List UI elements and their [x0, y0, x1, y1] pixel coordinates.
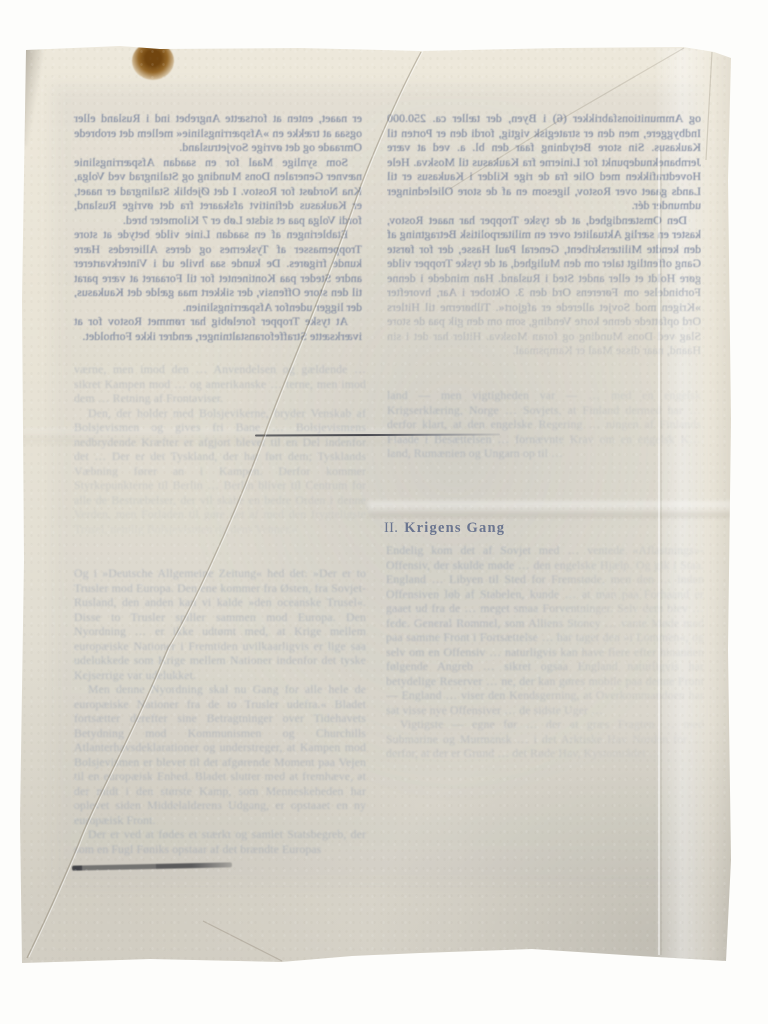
right-column-faint-text-upper: land — men vigtigheden var — … med en en… — [387, 388, 701, 461]
paragraph: Etableringen af en saadan Linie vilde be… — [74, 227, 362, 314]
paragraph: Endelig kom det af Sovjet med … ventede … — [386, 543, 704, 717]
top-left-corner-fold — [18, 46, 44, 146]
bottom-crease — [203, 921, 282, 961]
section-number: II. — [384, 520, 398, 536]
right-column-faint-text-lower: Endelig kom det af Sovjet med … ventede … — [386, 543, 704, 761]
right-column-mirrored-text: og Ammunitionsfabrikker (6) i Byen, der … — [387, 111, 701, 358]
horizontal-fold-crease-right — [368, 501, 732, 517]
paragraph: værne, men imod den … Anvendelsen og gæl… — [74, 362, 366, 406]
paragraph: Den, der holder med Bolsjevikerne, bryde… — [74, 406, 366, 537]
right-column-faint-text-lower-wrapper: Endelig kom det af Sovjet med … ventede … — [386, 543, 704, 883]
paper-sheet: er naaet, enten at fortsætte Angrebet in… — [0, 0, 768, 1024]
section-title: Krigens Gang — [404, 520, 505, 536]
left-column-mirrored-text: er naaet, enten at fortsætte Angrebet in… — [74, 111, 362, 343]
paragraph: Og i »Deutsche Allgemeine Zeitung« hed d… — [74, 566, 366, 682]
paragraph: land — men vigtigheden var — … med en en… — [387, 388, 701, 461]
section-heading: II.Krigens Gang — [384, 520, 684, 537]
paragraph: og Ammunitionsfabrikker (6) i Byen, der … — [387, 111, 701, 213]
paragraph: Der er ved at fødes et stærkt og samlet … — [74, 827, 366, 856]
paragraph: Vigtigste — egne før … der at græs Fragt… — [386, 717, 704, 761]
paragraph: Som synlige Maal for en saadan Afspærrin… — [74, 155, 362, 228]
paragraph: At tyske Tropper foreløbig har rømmet Ro… — [74, 314, 362, 343]
paragraph: Men denne Nyordning skal nu Gang for all… — [74, 682, 366, 827]
photo-background: er naaet, enten at fortsætte Angrebet in… — [0, 0, 768, 1024]
left-column-faint-text-lower: Og i »Deutsche Allgemeine Zeitung« hed d… — [74, 566, 366, 856]
paragraph: Den Omstændighed, at de tyske Tropper ha… — [387, 213, 701, 358]
paragraph: er naaet, enten at fortsætte Angrebet in… — [74, 111, 362, 155]
left-column-faint-text-upper: værne, men imod den … Anvendelsen og gæl… — [74, 362, 366, 536]
brown-stain — [132, 42, 174, 80]
